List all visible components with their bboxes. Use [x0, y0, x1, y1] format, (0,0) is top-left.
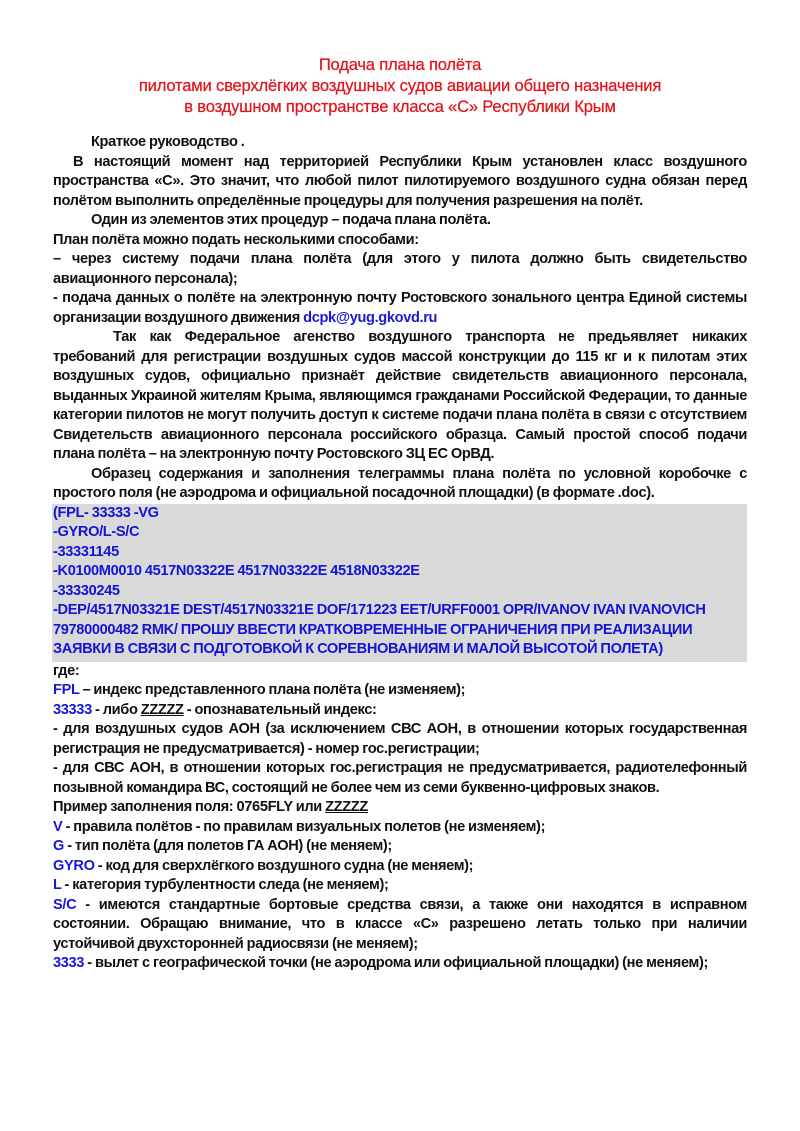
email-link[interactable]: dcpk@yug.gkovd.ru — [303, 310, 437, 326]
methods-intro: План полёта можно подать несколькими спо… — [53, 231, 747, 251]
method-item-1: – через систему подачи плана полёта (для… — [53, 250, 747, 289]
fpl-line: -K0100M0010 4517N03322E 4517N03322E 4518… — [53, 562, 745, 582]
code-gyro: GYRO — [53, 858, 95, 874]
legend-example: Пример заполнения поля: 0765FLY или ZZZZ… — [53, 798, 747, 818]
paragraph-element: Один из элементов этих процедур – подача… — [53, 211, 747, 231]
legend-fpl: FPL – индекс представленного плана полёт… — [53, 681, 747, 701]
document-title: Подача плана полёта пилотами сверхлёгких… — [53, 54, 747, 117]
legend-id: 33333 - либо ZZZZZ - опознавательный инд… — [53, 701, 747, 721]
fpl-line-remarks: -DEP/4517N03321E DEST/4517N03321E DOF/17… — [53, 601, 745, 660]
paragraph-regulation: Так как Федеральное агенство воздушного … — [53, 328, 747, 465]
fpl-line: -33331145 — [53, 543, 745, 563]
legend-l: L - категория турбулентности следа (не м… — [53, 876, 747, 896]
code-sc: S/C — [53, 897, 76, 913]
legend-v: V - правила полётов - по правилам визуал… — [53, 818, 747, 838]
paragraph-sample: Образец содержания и заполнения телеграм… — [53, 465, 747, 504]
legend-sc: S/C - имеются стандартные бортовые средс… — [53, 896, 747, 955]
legend-where: где: — [53, 662, 747, 682]
paragraph-intro: В настоящий момент над территорией Респу… — [53, 153, 747, 212]
code-g: G — [53, 838, 64, 854]
fpl-line: -33330245 — [53, 582, 745, 602]
legend-id-item-1: - для воздушных судов АОН (за исключение… — [53, 720, 747, 759]
title-line-3: в воздушном пространстве класса «С» Респ… — [53, 96, 747, 117]
fpl-sample-box: (FPL- 33333 -VG -GYRO/L-S/C -33331145 -K… — [52, 504, 747, 662]
fpl-line: (FPL- 33333 -VG — [53, 504, 745, 524]
code-id: 33333 — [53, 702, 92, 718]
legend-id-item-2: - для СВС АОН, в отношении которых гос.р… — [53, 759, 747, 798]
section-heading: Краткое руководство . — [53, 133, 747, 153]
code-departure: 3333 — [53, 955, 84, 971]
method-item-2: - подача данных о полёте на электронную … — [53, 289, 747, 328]
legend-gyro: GYRO - код для сверхлёгкого воздушного с… — [53, 857, 747, 877]
title-line-2: пилотами сверхлёгких воздушных судов ави… — [53, 75, 747, 96]
legend-g: G - тип полёта (для полетов ГА АОН) (не … — [53, 837, 747, 857]
legend-departure: 3333 - вылет с географической точки (не … — [53, 954, 747, 974]
document-page: Подача плана полёта пилотами сверхлёгких… — [53, 54, 747, 974]
fpl-line: -GYRO/L-S/C — [53, 523, 745, 543]
code-v: V — [53, 819, 62, 835]
title-line-1: Подача плана полёта — [53, 54, 747, 75]
code-fpl: FPL — [53, 682, 79, 698]
